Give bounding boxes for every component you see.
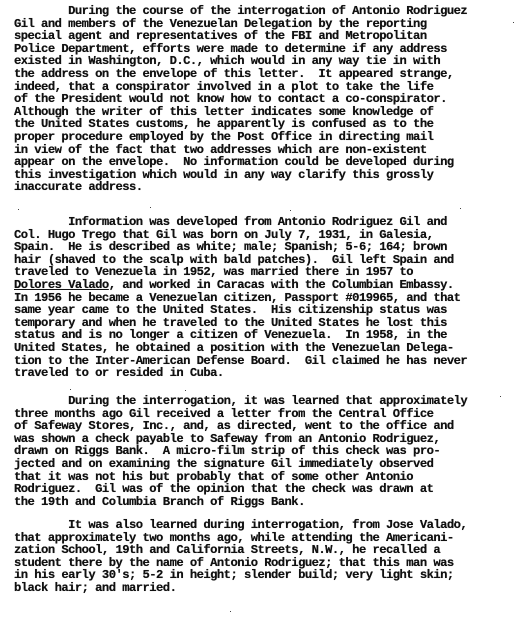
paragraph-jose-valado: It was also learned during interrogation… <box>14 519 523 595</box>
scan-speck <box>460 208 461 209</box>
text-line: traveled to or resided in Cuba. <box>14 367 523 380</box>
paragraph-interrogation-efforts: During the course of the interrogation o… <box>14 5 523 194</box>
scan-speck <box>70 389 71 390</box>
text-line: the 19th and Columbia Branch of Riggs Ba… <box>14 496 523 509</box>
paragraph-gil-background: Information was developed from Antonio R… <box>14 216 523 380</box>
scan-speck <box>185 390 186 391</box>
document-page: During the course of the interrogation o… <box>0 0 523 619</box>
scan-speck <box>18 209 19 210</box>
scan-speck <box>230 611 231 612</box>
scan-speck <box>455 521 456 522</box>
scan-speck <box>513 22 514 23</box>
text-line: black hair; and married. <box>14 582 523 595</box>
paragraph-safeway-check: During the interrogation, it was learned… <box>14 395 523 508</box>
scan-speck <box>500 396 501 397</box>
text-line: inaccurate address. <box>14 181 523 194</box>
scan-speck <box>290 210 291 211</box>
scan-speck <box>150 207 151 208</box>
